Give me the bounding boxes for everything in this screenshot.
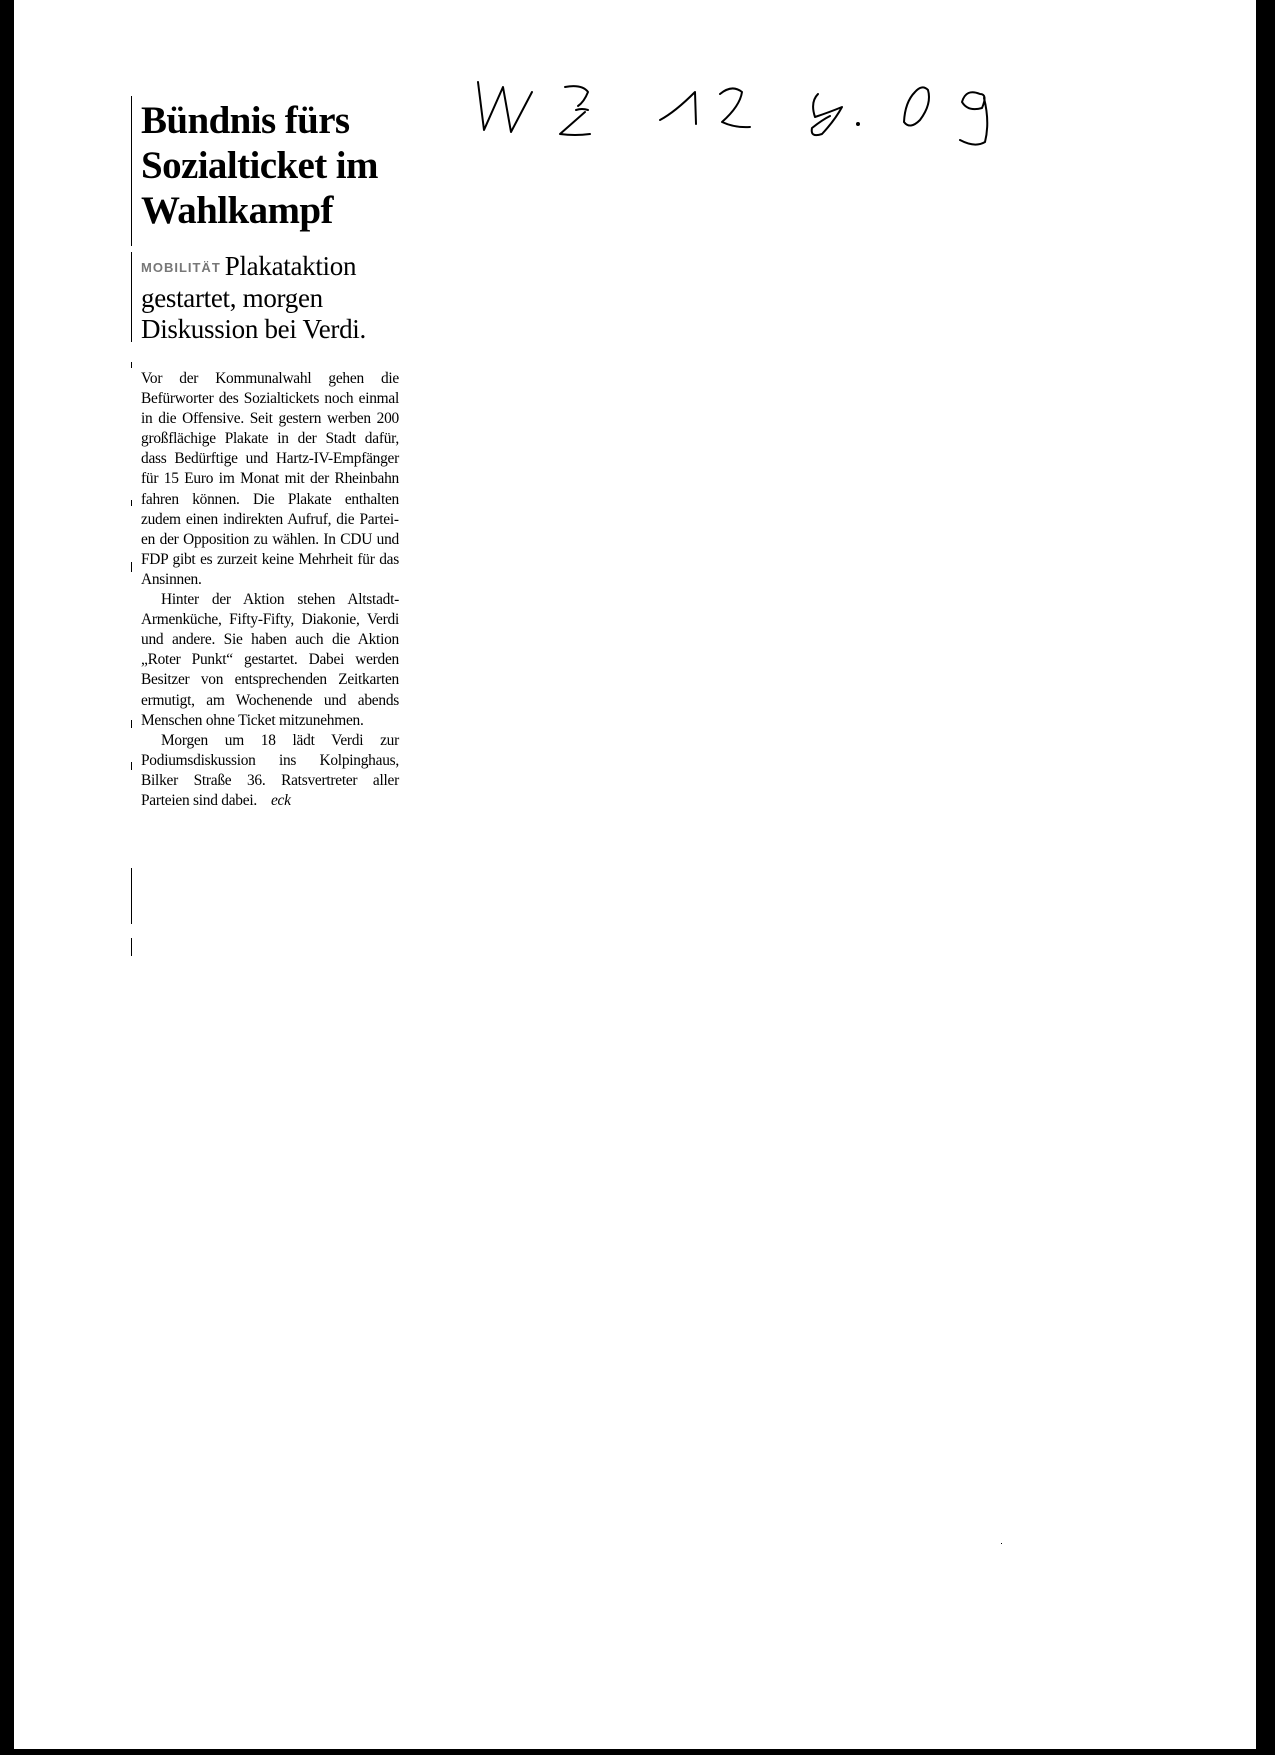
headline-line: Bündnis fürs: [141, 99, 350, 142]
handwritten-annotation: [470, 72, 1150, 162]
body-paragraph: Morgen um 18 lädt Verdi zur Podiumsdisku…: [141, 731, 399, 811]
headline-line: Wahlkampf: [141, 189, 333, 232]
scan-border-left: [0, 0, 14, 1755]
scan-border-right: [1256, 0, 1275, 1755]
column-rule: [131, 938, 132, 956]
column-rule: [131, 252, 132, 342]
column-rule: [131, 562, 132, 572]
column-rule: [131, 96, 132, 246]
column-rule: [131, 762, 132, 770]
article-subhead: MOBILITÄTPlakataktion gestartet, morgen …: [141, 251, 399, 345]
news-article: Bündnis fürs Sozialticket im Wahlkampf M…: [141, 98, 399, 811]
article-kicker: MOBILITÄT: [141, 260, 221, 275]
column-rule: [131, 720, 132, 728]
column-rule: [131, 362, 132, 368]
handwriting-icon: [470, 72, 1150, 162]
column-rule: [131, 868, 132, 924]
body-paragraph: Hinter der Aktion stehen Alt­stadt-Armen…: [141, 590, 399, 731]
headline-line: Sozialticket im: [141, 144, 378, 187]
column-rule: [131, 500, 132, 506]
author-initials: eck: [271, 792, 291, 809]
body-paragraph-text: Morgen um 18 lädt Verdi zur Podiumsdisku…: [141, 732, 399, 809]
body-paragraph: Vor der Kommunalwahl gehen die Befürwort…: [141, 369, 399, 590]
article-headline: Bündnis fürs Sozialticket im Wahlkampf: [141, 98, 399, 233]
scan-border-bottom: [0, 1749, 1275, 1755]
article-body: Vor der Kommunalwahl gehen die Befürwort…: [141, 369, 399, 811]
scan-speck: [1001, 1543, 1002, 1544]
